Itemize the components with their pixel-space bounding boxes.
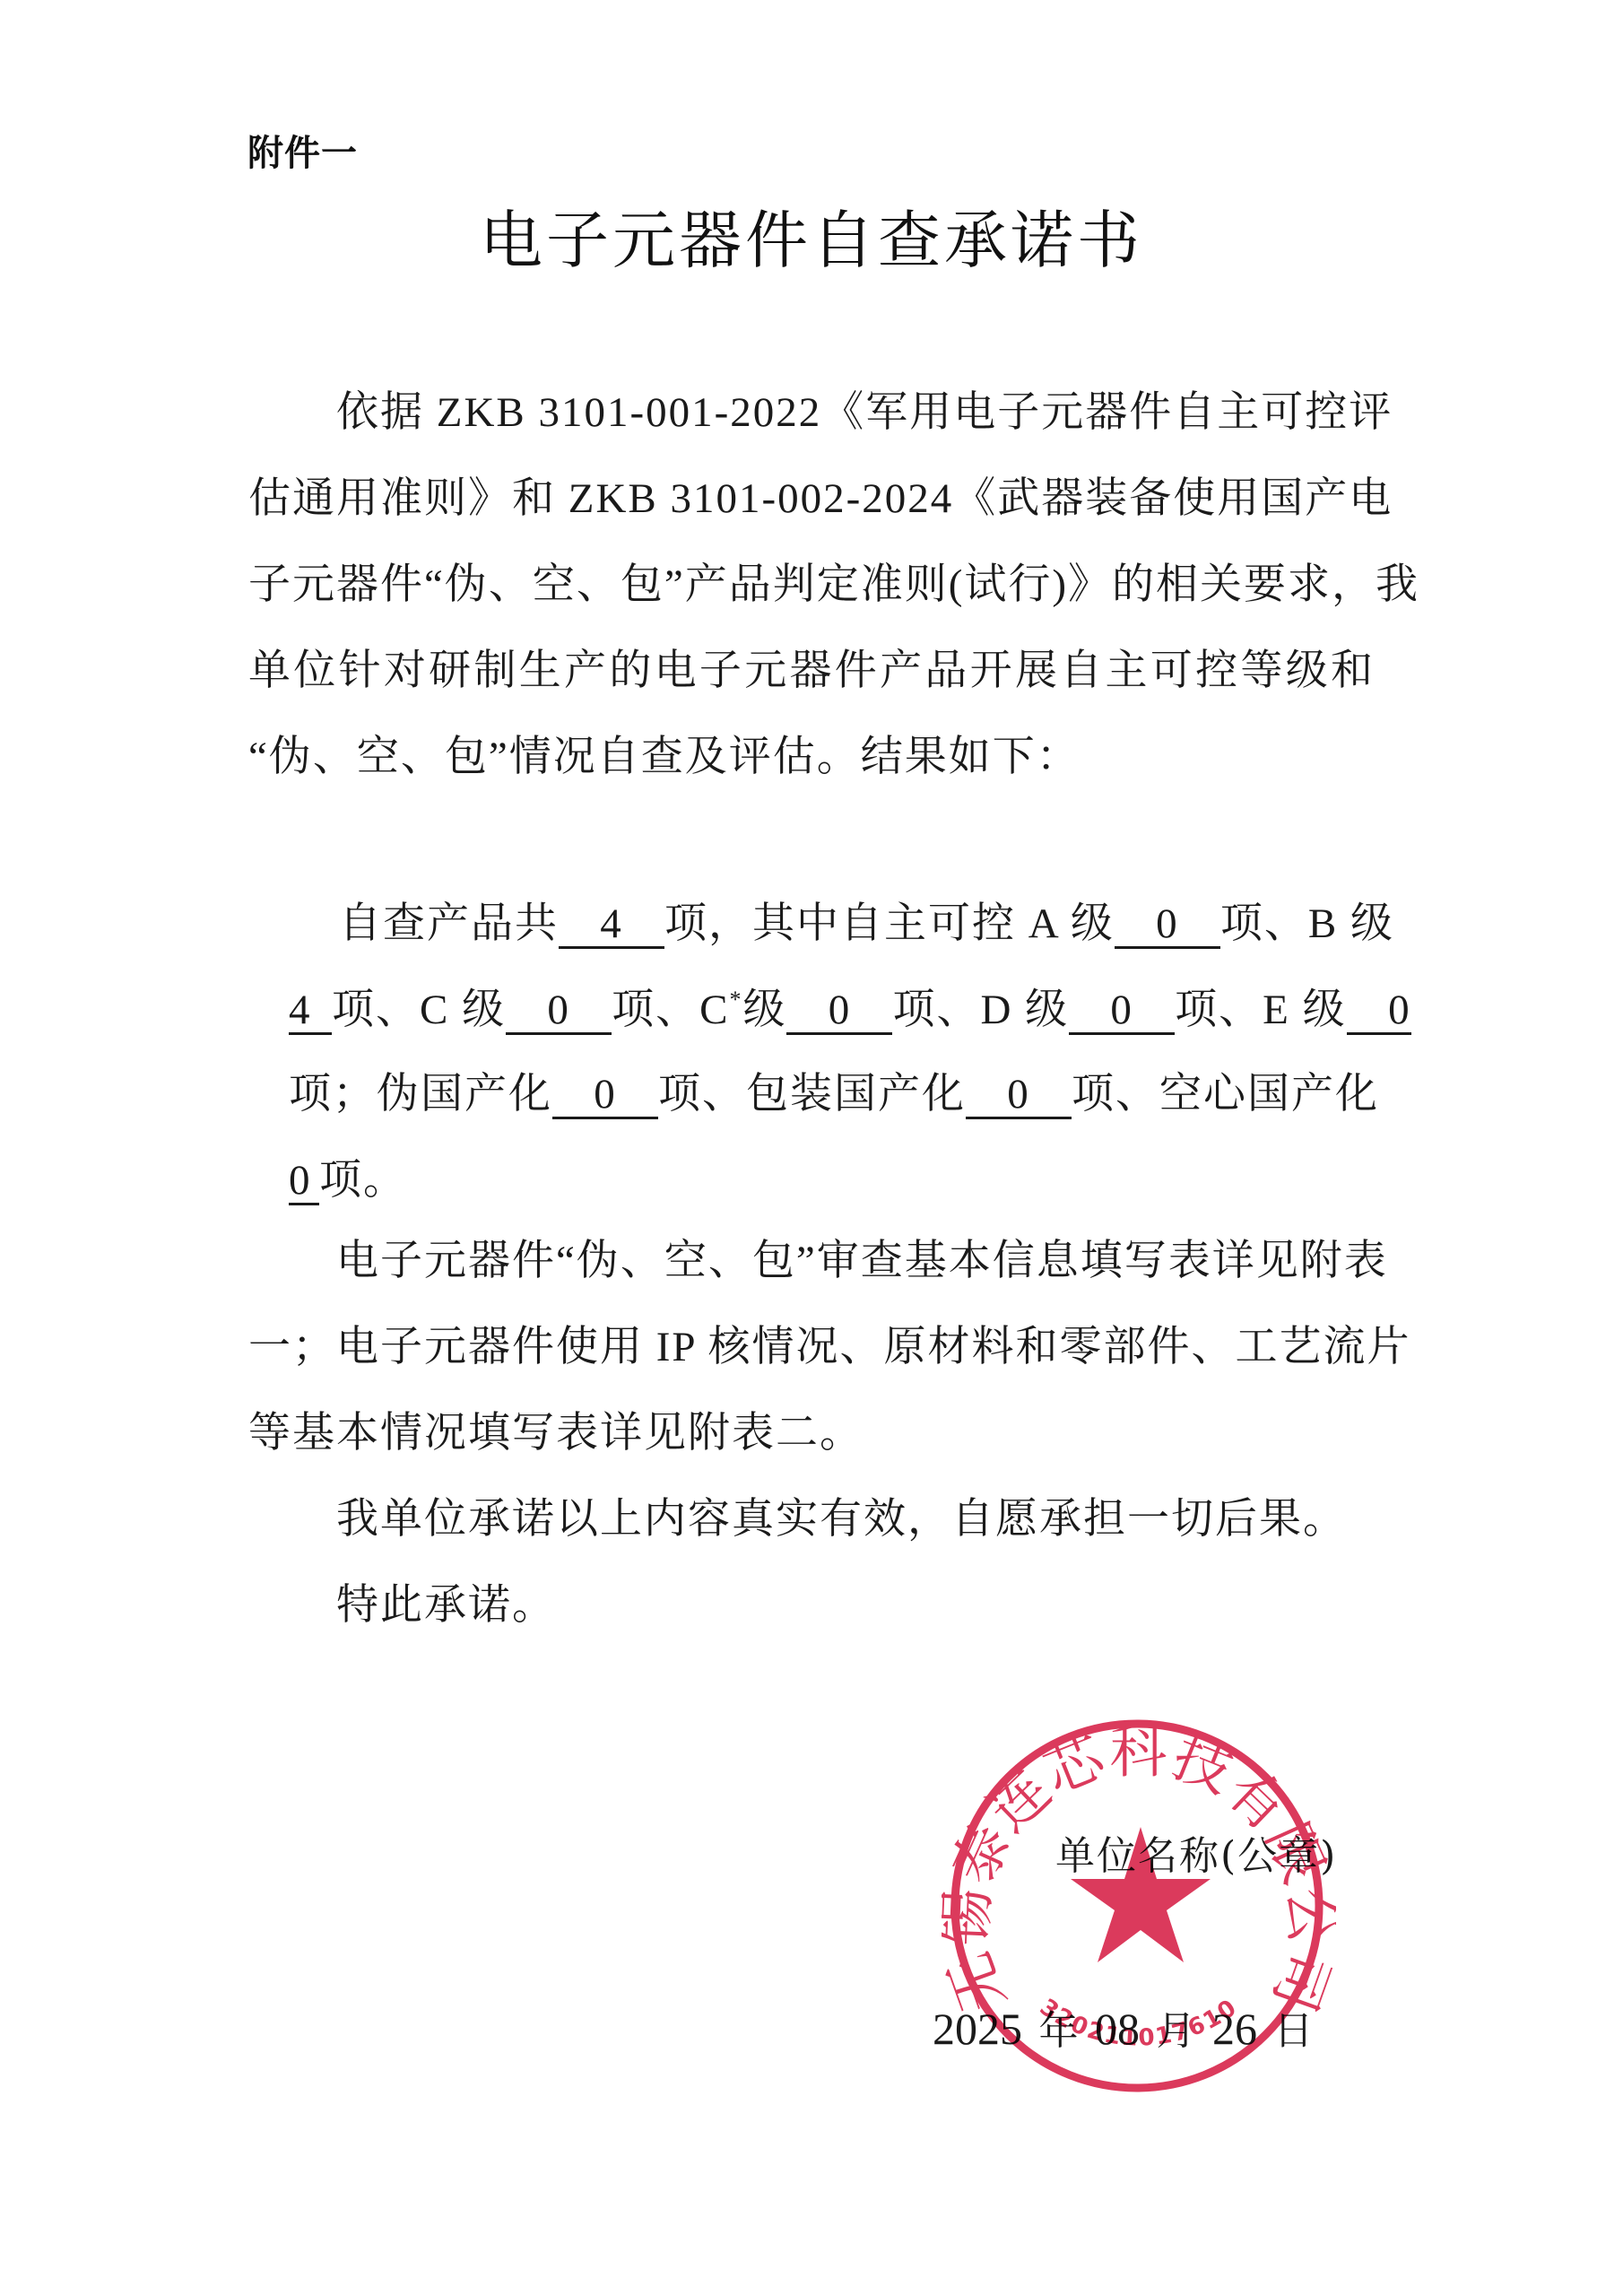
results-text: 项、空心国产化 xyxy=(1072,1071,1379,1118)
intro-line-3: 子元器件“伪、空、包”产品判定准则(试行)》的相关要求，我 xyxy=(248,558,1375,612)
results-text: 级 xyxy=(742,987,786,1033)
results-text: 项、E 级 xyxy=(1175,987,1346,1033)
grade-c-count-field: 0 xyxy=(506,987,612,1035)
grade-b-count-field: 4 xyxy=(289,987,332,1035)
details-line-1: 电子元器件“伪、空、包”审查基本信息填写表详见附表 xyxy=(336,1234,1375,1288)
page-title: 电子元器件自查承诺书 xyxy=(0,203,1623,278)
grade-c-star-count-field: 0 xyxy=(786,987,892,1035)
grade-d-count-field: 0 xyxy=(1069,987,1175,1035)
results-line-1: 自查产品共4项，其中自主可控 A 级0项、B 级 xyxy=(339,897,1394,951)
official-seal-stamp: 无锡泰连芯科技有限公司 320211017610 xyxy=(942,1712,1336,2107)
intro-line-4: 单位针对研制生产的电子元器件产品开展自主可控等级和 xyxy=(248,644,1375,698)
fake-domestic-count-field: 0 xyxy=(552,1072,658,1119)
grade-e-count-field: 0 xyxy=(1347,987,1411,1035)
results-text: 项，其中自主可控 A 级 xyxy=(664,900,1115,947)
results-line-4: 0项。 xyxy=(289,1153,407,1207)
closing-statement: 特此承诺。 xyxy=(336,1578,556,1632)
results-text: 项、D 级 xyxy=(892,987,1069,1033)
c-star-superscript: * xyxy=(729,987,742,1013)
annex-label: 附件一 xyxy=(247,131,358,176)
hollow-domestic-count-field: 0 xyxy=(289,1158,319,1205)
document-page: 附件一 电子元器件自查承诺书 依据 ZKB 3101-001-2022《军用电子… xyxy=(0,0,1623,2296)
results-text: 项、包装国产化 xyxy=(658,1071,966,1118)
intro-line-5: “伪、空、包”情况自查及评估。结果如下： xyxy=(248,730,1081,784)
seal-registration-number: 320211017610 xyxy=(1035,1994,1243,2052)
results-text: 项、C 级 xyxy=(332,987,506,1033)
results-line-2: 4项、C 级0项、C*级0项、D 级0项、E 级0 xyxy=(289,983,1411,1037)
results-text: 项。 xyxy=(319,1157,407,1204)
results-text: 项、B 级 xyxy=(1220,900,1394,947)
results-text: 项、C xyxy=(612,987,729,1033)
results-text: 项；伪国产化 xyxy=(289,1071,552,1118)
details-line-2: 一；电子元器件使用 IP 核情况、原材料和零部件、工艺流片 xyxy=(248,1320,1375,1374)
intro-line-1: 依据 ZKB 3101-001-2022《军用电子元器件自主可控评 xyxy=(336,386,1375,439)
intro-line-2: 估通用准则》和 ZKB 3101-002-2024《武器装备使用国产电 xyxy=(248,472,1375,526)
results-text: 自查产品共 xyxy=(339,900,559,947)
details-line-3: 等基本情况填写表详见附表二。 xyxy=(248,1406,864,1460)
results-line-3: 项；伪国产化0项、包装国产化0项、空心国产化 xyxy=(289,1067,1379,1121)
packaged-domestic-count-field: 0 xyxy=(966,1072,1072,1119)
seal-star-icon xyxy=(1071,1827,1211,1962)
grade-a-count-field: 0 xyxy=(1115,901,1220,949)
pledge-statement: 我单位承诺以上内容真实有效，自愿承担一切后果。 xyxy=(336,1492,1347,1546)
total-count-field: 4 xyxy=(559,901,664,949)
